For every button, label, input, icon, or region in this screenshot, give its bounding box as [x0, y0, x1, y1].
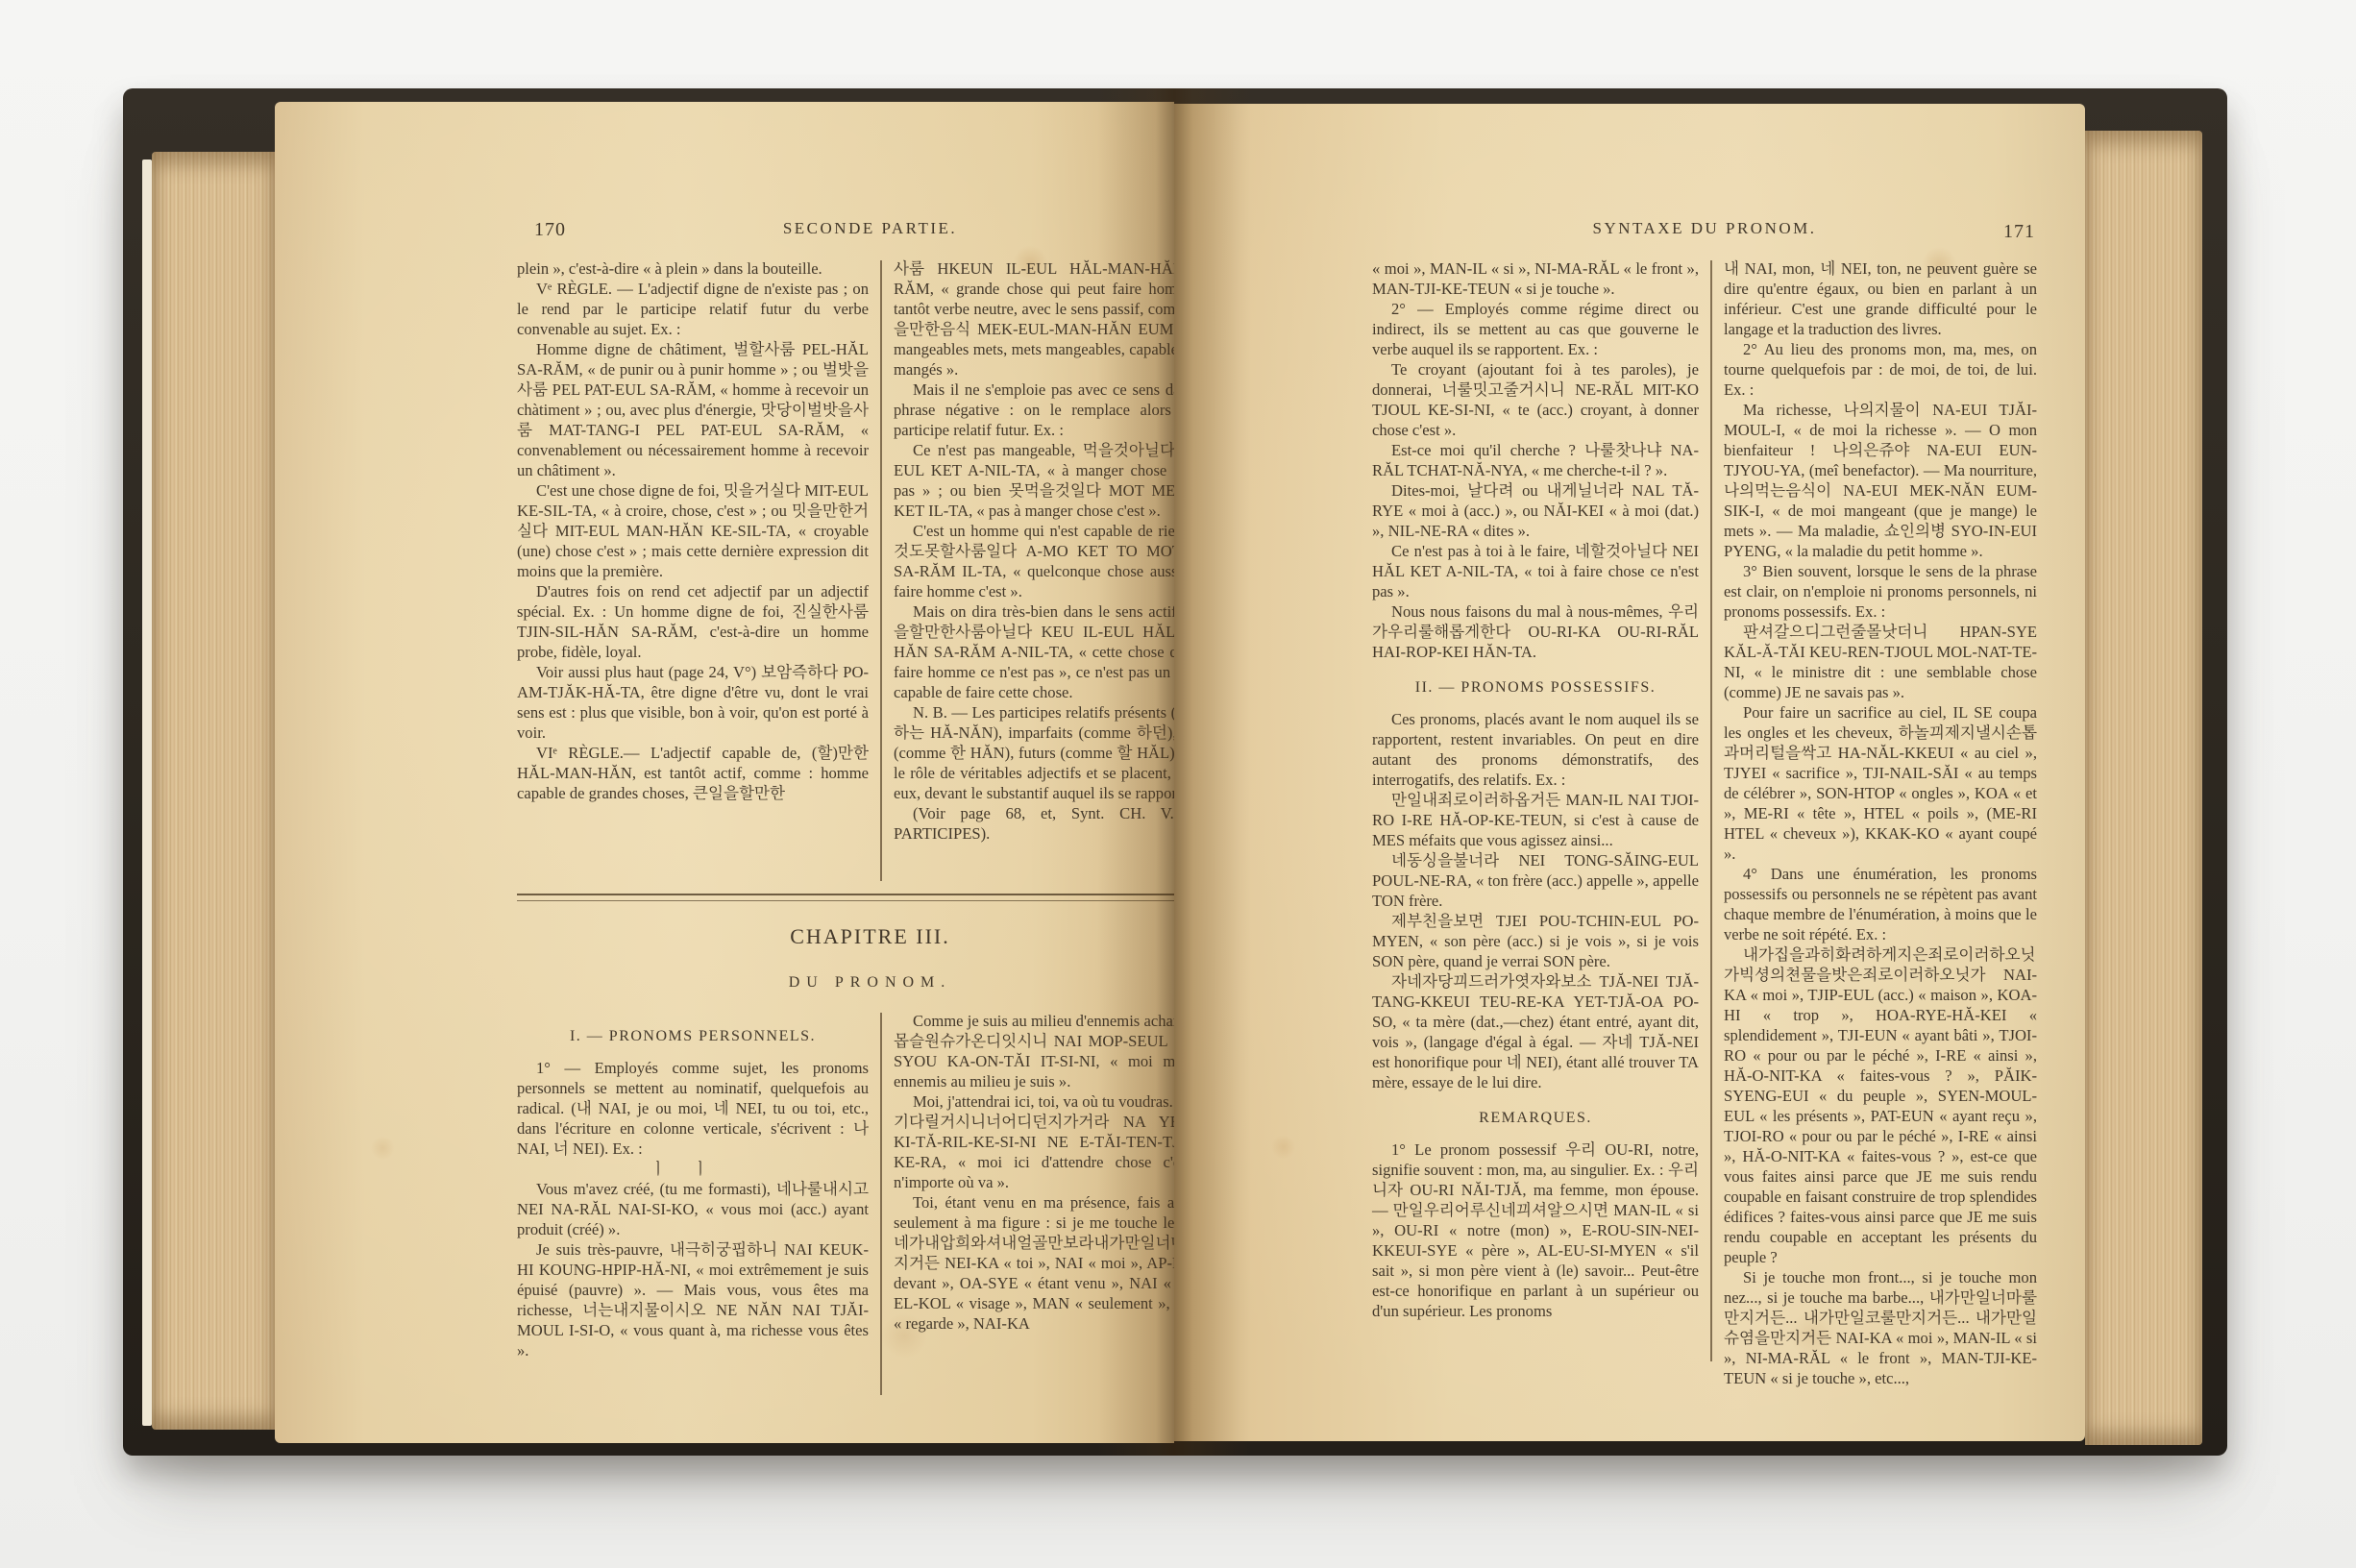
paragraph: 네동싱을불너라 NEI TONG-SĂING-EUL POUL-NE-RA, «… [1372, 850, 1699, 911]
paragraph: Ce n'est pas à toi à le faire, 네할것아닐다 NE… [1372, 541, 1699, 601]
column-rule [1710, 260, 1712, 1361]
chapter-heading-block: CHAPITRE III. DU PRONOM. [517, 924, 1174, 992]
chapter-divider-rule [517, 894, 1174, 901]
left-page-bottom-section: I. — PRONOMS PERSONNELS.1° — Employés co… [517, 1011, 1174, 1395]
right-page-column-2: 내 NAI, mon, 네 NEI, ton, ne peuvent guère… [1724, 258, 2037, 1361]
paragraph: 4° Dans une énumération, les pronoms pos… [1724, 864, 2037, 944]
chapter-subtitle: DU PRONOM. [517, 974, 1174, 992]
left-page-header: 170 SECONDE PARTIE. [517, 219, 1174, 248]
paragraph: 제부친을보면 TJEI POU-TCHIN-EUL PO-MYEN, « son… [1372, 911, 1699, 971]
paragraph: Dites-moi, 날다려 ou 내게닐너라 NAL TĂ-RYE « moi… [1372, 480, 1699, 541]
paragraph: Mais on dira très-bien dans le sens acti… [894, 601, 1174, 702]
left-page-top-section: plein », c'est-à-dire « à plein » dans l… [517, 258, 1174, 881]
paragraph: C'est une chose digne de foi, 밋을거실다 MIT-… [517, 480, 869, 581]
paragraph: 판셔갈으디그런줄몰낫더니 HPAN-SYE KĂL-Ă-TĂI KEU-REN-… [1724, 622, 2037, 702]
photo-scene: 170 SECONDE PARTIE. plein », c'est-à-dir… [0, 0, 2356, 1568]
column-rule [880, 1013, 882, 1395]
section-heading: REMARQUES. [1372, 1108, 1699, 1128]
paragraph: plein », c'est-à-dire « à plein » dans l… [517, 258, 869, 279]
endpaper-edge [142, 159, 152, 1426]
column-rule [880, 260, 882, 881]
paragraph: 3° Bien souvent, lorsque le sens de la p… [1724, 561, 2037, 622]
right-page-header: SYNTAXE DU PRONOM. 171 [1372, 219, 2037, 248]
right-page-column-1: « moi », MAN-IL « si », NI-MA-RĂL « le f… [1372, 258, 1699, 1361]
paragraph: Ce n'est pas mangeable, 먹을것아닐다 MEK-EUL K… [894, 440, 1174, 521]
running-title-left: SECONDE PARTIE. [517, 219, 1174, 238]
paragraph: Je suis très-pauvre, 내극히궁핍하니 NAI KEUK-HI… [517, 1239, 869, 1360]
paragraph: 자네자당끠드러가엿자와보소 TJĂ-NEI TJĂ-TANG-KKEUI TEU… [1372, 971, 1699, 1092]
paragraph: 내 NAI, mon, 네 NEI, ton, ne peuvent guère… [1724, 258, 2037, 339]
paragraph: Comme je suis au milieu d'ennemis acharn… [894, 1011, 1174, 1091]
paragraph: Nous nous faisons du mal à nous-mêmes, 우… [1372, 601, 1699, 662]
paragraph: 1° — Employés comme sujet, les pronoms p… [517, 1058, 869, 1159]
section-heading: I. — PRONOMS PERSONNELS. [517, 1026, 869, 1046]
paragraph: Homme digne de châtiment, 벌할사룸 PEL-HĂL S… [517, 339, 869, 480]
paragraph: D'autres fois on rend cet adjectif par u… [517, 581, 869, 662]
left-page-bottom-column-1: I. — PRONOMS PERSONNELS.1° — Employés co… [517, 1011, 869, 1395]
paragraph: 1° Le pronom possessif 우리 OU-RI, notre, … [1372, 1139, 1699, 1321]
page-edges-right [2085, 131, 2202, 1445]
left-page: 170 SECONDE PARTIE. plein », c'est-à-dir… [275, 102, 1174, 1443]
open-book: 170 SECONDE PARTIE. plein », c'est-à-dir… [123, 88, 2227, 1456]
paragraph: Moi, j'attendrai ici, toi, va où tu voud… [894, 1091, 1174, 1192]
chapter-title: CHAPITRE III. [517, 924, 1174, 949]
paragraph: Vous m'avez créé, (tu me formasti), 네나룰내… [517, 1179, 869, 1239]
page-edges-left [152, 152, 275, 1430]
paragraph: Voir aussi plus haut (page 24, V°) 보암즉하다… [517, 662, 869, 743]
section-heading: II. — PRONOMS POSSESSIFS. [1372, 677, 1699, 698]
right-page: SYNTAXE DU PRONOM. 171 « moi », MAN-IL «… [1174, 104, 2085, 1441]
paragraph: 사룸 HKEUN IL-EUL HĂL-MAN-HĂN SA-RĂM, « gr… [894, 258, 1174, 380]
paragraph: « moi », MAN-IL « si », NI-MA-RĂL « le f… [1372, 258, 1699, 299]
paragraph: Pour faire un sacrifice au ciel, IL SE c… [1724, 702, 2037, 864]
paragraph: 내가집을과히화려하게지은죄로이러하오닛가빅셩의쳔물을밧은죄로이러하오닛가 NAI… [1724, 944, 2037, 1267]
paragraph: Ces pronoms, placés avant le nom auquel … [1372, 709, 1699, 790]
right-page-section: « moi », MAN-IL « si », NI-MA-RĂL « le f… [1372, 258, 2037, 1361]
page-number-right: 171 [2003, 221, 2035, 243]
paragraph: Toi, étant venu en ma présence, fais att… [894, 1192, 1174, 1334]
paragraph: N. B. — Les participes relatifs présents… [894, 702, 1174, 803]
paragraph: 2° Au lieu des pronoms mon, ma, mes, on … [1724, 339, 2037, 400]
paragraph: Ma richesse, 나의지물이 NA-EUI TJĂI-MOUL-I, «… [1724, 400, 2037, 561]
paragraph: Si je touche mon front..., si je touche … [1724, 1267, 2037, 1388]
paragraph: Vᵉ RÈGLE. — L'adjectif digne de n'existe… [517, 279, 869, 339]
paragraph: C'est un homme qui n'est capable de rien… [894, 521, 1174, 601]
paragraph: Mais il ne s'emploie pas avec ce sens da… [894, 380, 1174, 440]
paragraph: VIᵉ RÈGLE.— L'adjectif capable de, (할)만한… [517, 743, 869, 803]
paragraph: 2° — Employés comme régime direct ou ind… [1372, 299, 1699, 359]
paragraph: ㅣㅣ [517, 1159, 869, 1179]
paragraph: (Voir page 68, et, Synt. CH. V., DES PAR… [894, 803, 1174, 844]
paragraph: 만일내죄로이러하옵거든 MAN-IL NAI TJOI-RO I-RE HĂ-O… [1372, 790, 1699, 850]
left-page-column-1: plein », c'est-à-dire « à plein » dans l… [517, 258, 869, 881]
left-page-bottom-column-2: Comme je suis au milieu d'ennemis acharn… [894, 1011, 1174, 1395]
paragraph: Est-ce moi qu'il cherche ? 나룰찻나냐 NA-RĂL … [1372, 440, 1699, 480]
paragraph: Te croyant (ajoutant foi à tes paroles),… [1372, 359, 1699, 440]
running-title-right: SYNTAXE DU PRONOM. [1372, 219, 2037, 238]
left-page-column-2: 사룸 HKEUN IL-EUL HĂL-MAN-HĂN SA-RĂM, « gr… [894, 258, 1174, 881]
